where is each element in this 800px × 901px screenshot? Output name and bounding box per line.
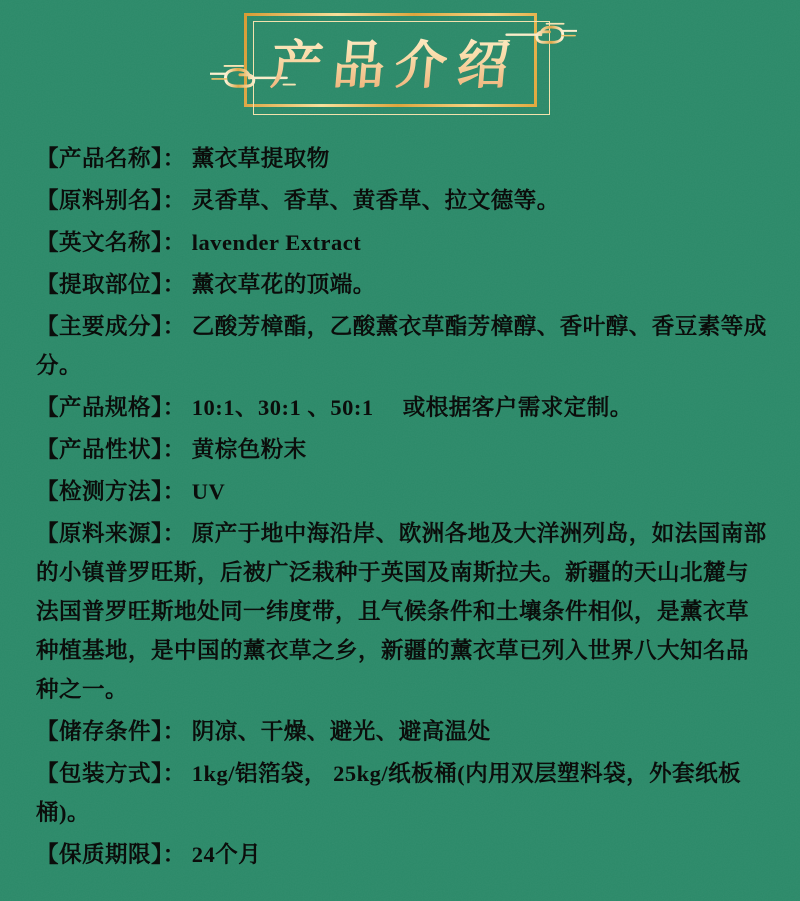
attribute-label: 【主要成分】： (36, 314, 186, 339)
attribute-row-main-ingredients: 【主要成分】：乙酸芳樟酯，乙酸薰衣草酯芳樟醇、香叶醇、香豆素等成分。 (36, 307, 771, 385)
attribute-row-alias: 【原料别名】：灵香草、香草、黄香草、拉文德等。 (36, 181, 771, 220)
attribute-label: 【检测方法】： (36, 479, 186, 504)
attribute-row-storage: 【储存条件】：阴凉、干燥、避光、避高温处 (36, 712, 771, 751)
attribute-label: 【产品名称】： (36, 146, 186, 171)
attribute-value: 原产于地中海沿岸、欧洲各地及大洋洲列岛，如法国南部的小镇普罗旺斯，后被广泛栽种于… (36, 521, 767, 702)
attribute-label: 【产品规格】： (36, 395, 186, 420)
attribute-value: 阴凉、干燥、避光、避高温处 (192, 719, 491, 744)
attribute-value: lavender Extract (192, 230, 361, 255)
product-intro-poster: 产品介绍 【产品名称】：薰衣草提取物 【原料别名】：灵香草、香草、黄香草、拉文德… (0, 0, 800, 901)
attribute-label: 【储存条件】： (36, 719, 186, 744)
attribute-value: 10:1、30:1 、50:1 或根据客户需求定制。 (192, 395, 633, 420)
attribute-label: 【原料来源】： (36, 521, 186, 546)
attribute-row-product-name: 【产品名称】：薰衣草提取物 (36, 139, 771, 178)
attribute-row-source: 【原料来源】：原产于地中海沿岸、欧洲各地及大洋洲列岛，如法国南部的小镇普罗旺斯，… (36, 514, 771, 709)
page-title: 产品介绍 (240, 13, 541, 107)
attribute-row-test-method: 【检测方法】：UV (36, 472, 771, 511)
attribute-value: 灵香草、香草、黄香草、拉文德等。 (192, 188, 560, 213)
attribute-row-packaging: 【包装方式】：1kg/铝箔袋， 25kg/纸板桶(内用双层塑料袋，外套纸板桶)。 (36, 754, 771, 832)
attribute-label: 【提取部位】： (36, 272, 186, 297)
attribute-label: 【原料别名】： (36, 188, 186, 213)
attribute-row-shelf-life: 【保质期限】：24个月 (36, 835, 771, 874)
attribute-label: 【产品性状】： (36, 437, 186, 462)
attribute-value: 薰衣草花的顶端。 (192, 272, 376, 297)
attribute-row-extract-part: 【提取部位】：薰衣草花的顶端。 (36, 265, 771, 304)
attribute-value: 黄棕色粉末 (192, 437, 307, 462)
attribute-label: 【包装方式】： (36, 761, 186, 786)
attribute-label: 【英文名称】： (36, 230, 186, 255)
attribute-row-appearance: 【产品性状】：黄棕色粉末 (36, 430, 771, 469)
attribute-label: 【保质期限】： (36, 842, 186, 867)
attribute-row-english-name: 【英文名称】：lavender Extract (36, 223, 771, 262)
attribute-value: UV (192, 479, 226, 504)
attribute-value: 24个月 (192, 842, 262, 867)
product-attributes: 【产品名称】：薰衣草提取物 【原料别名】：灵香草、香草、黄香草、拉文德等。 【英… (36, 139, 771, 877)
attribute-row-specification: 【产品规格】：10:1、30:1 、50:1 或根据客户需求定制。 (36, 388, 771, 427)
attribute-value: 薰衣草提取物 (192, 146, 330, 171)
